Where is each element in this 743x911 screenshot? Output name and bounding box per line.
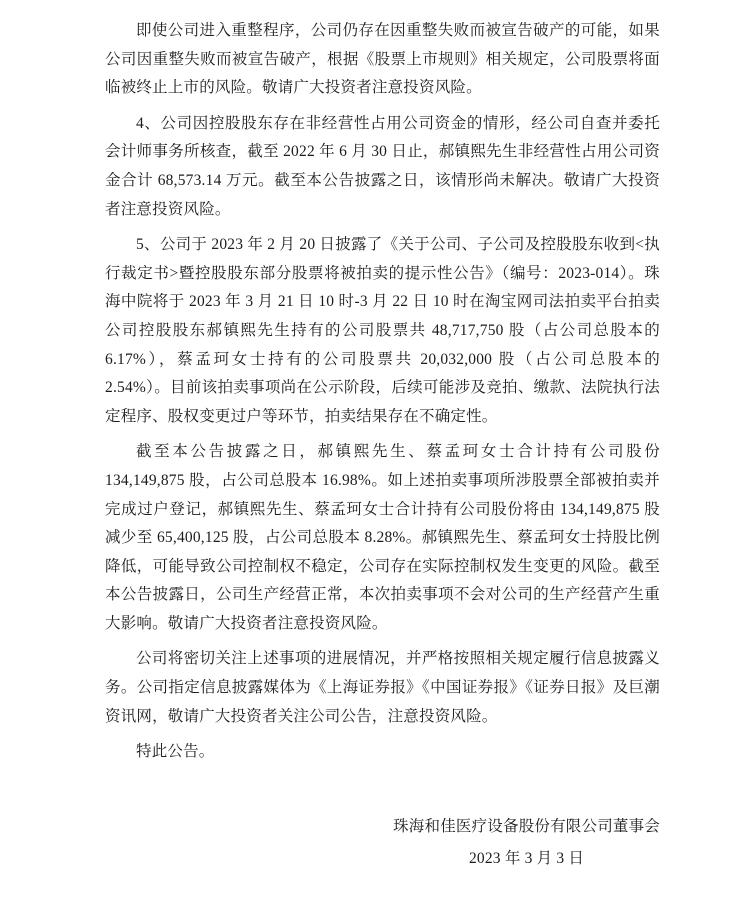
closing-statement: 特此公告。 — [105, 738, 660, 767]
signature-block: 珠海和佳医疗设备股份有限公司董事会 2023 年 3 月 3 日 — [105, 813, 660, 874]
paragraph-delisting-risk: 即使公司进入重整程序，公司仍存在因重整失败而被宣告破产的可能，如果公司因重整失败… — [105, 17, 660, 103]
signature-issuer: 珠海和佳医疗设备股份有限公司董事会 — [393, 813, 660, 842]
paragraph-disclosure-media: 公司将密切关注上述事项的进展情况，并严格按照相关规定履行信息披露义务。公司指定信… — [105, 645, 660, 731]
announcement-body: 即使公司进入重整程序，公司仍存在因重整失败而被宣告破产的可能，如果公司因重整失败… — [105, 0, 660, 874]
paragraph-shareholding-change-risk: 截至本公告披露之日，郝镇熙先生、蔡孟珂女士合计持有公司股份 134,149,87… — [105, 438, 660, 638]
paragraph-item4-fund-occupation: 4、公司因控股股东存在非经营性占用公司资金的情形，经公司自查并委托会计师事务所核… — [105, 110, 660, 224]
announcement-page: 即使公司进入重整程序，公司仍存在因重整失败而被宣告破产的可能，如果公司因重整失败… — [0, 0, 743, 911]
paragraph-item5-auction-notice: 5、公司于 2023 年 2 月 20 日披露了《关于公司、子公司及控股股东收到… — [105, 231, 660, 431]
signature-inner: 珠海和佳医疗设备股份有限公司董事会 2023 年 3 月 3 日 — [393, 813, 660, 874]
signature-date: 2023 年 3 月 3 日 — [469, 845, 584, 874]
